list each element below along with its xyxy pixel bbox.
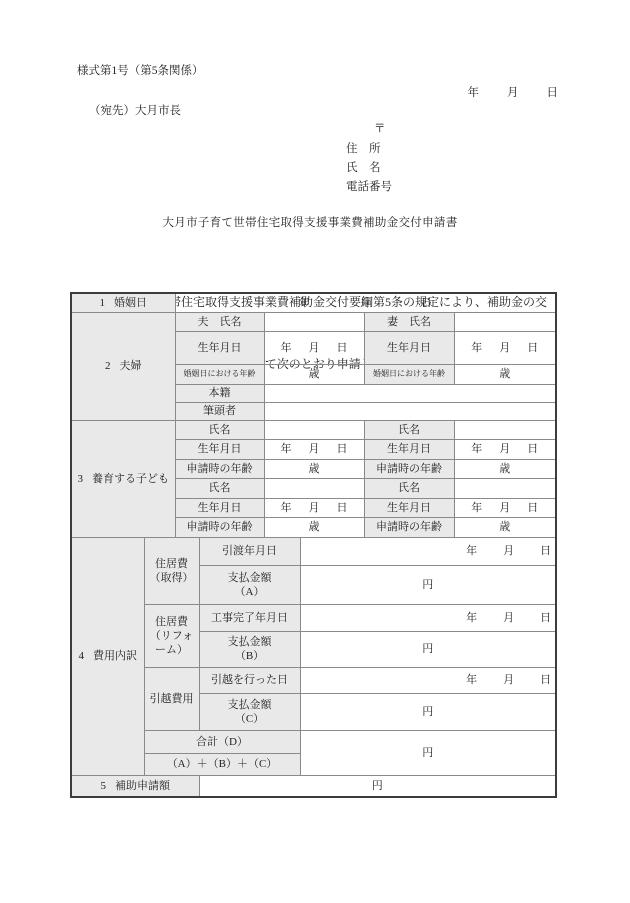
child4-name-label: 氏名 <box>364 478 454 498</box>
year-label: 年 <box>471 442 482 456</box>
year-label: 年 <box>471 341 482 355</box>
month-label: 月 <box>503 673 514 687</box>
total-value-cell: 円 <box>300 730 556 775</box>
year-label: 年 <box>281 341 292 355</box>
row-number: 2 <box>105 359 111 373</box>
husband-birthdate-value-cell: 年 月 日 <box>264 331 364 364</box>
child2-name-label: 氏名 <box>364 420 454 439</box>
row-subsidy-amount: 5補助申請額 円 <box>71 775 556 797</box>
child3-name-label: 氏名 <box>175 478 264 498</box>
cost-breakdown-row-label: 4費用内訳 <box>71 537 144 775</box>
address-label: 住 所 <box>346 140 381 156</box>
husband-age-at-marriage-label: 婚姻日における年齢 <box>175 364 264 384</box>
document-title: 大月市子育て世帯住宅取得支援事業費補助金交付申請書 <box>60 214 560 230</box>
child1-name-value-cell <box>264 420 364 439</box>
day-label: 日 <box>337 442 348 456</box>
row-handover-date: 4費用内訳 住居費 （取得） 引渡年月日 年 月 日 <box>71 537 556 565</box>
child4-age-label: 申請時の年齢 <box>364 517 454 537</box>
date-placeholder: 年 月 日 <box>301 544 556 558</box>
row-couple-names: 2夫婦 夫 氏名 妻 氏名 <box>71 312 556 331</box>
wife-birthdate-label: 生年月日 <box>364 331 454 364</box>
day-label: 日 <box>337 341 348 355</box>
date-placeholder: 年 月 日 <box>301 611 556 625</box>
marriage-date-row-label: 1婚姻日 <box>71 293 175 312</box>
child3-birthdate-label: 生年月日 <box>175 498 264 517</box>
husband-birthdate-label: 生年月日 <box>175 331 264 364</box>
month-label: 月 <box>309 442 320 456</box>
child1-age-value-cell: 歳 <box>264 459 364 478</box>
year-label: 年 <box>466 611 477 625</box>
month-label: 月 <box>499 442 510 456</box>
child1-name-label: 氏名 <box>175 420 264 439</box>
day-label: 日 <box>540 611 551 625</box>
husband-name-value-cell <box>264 312 364 331</box>
husband-name-label: 夫 氏名 <box>175 312 264 331</box>
row-marriage-date: 1婚姻日 年 月 日 <box>71 293 556 312</box>
month-label: 月 <box>507 84 519 100</box>
registered-domicile-label: 本籍 <box>175 384 264 402</box>
row-label-text: 費用内訳 <box>93 650 137 662</box>
child4-birthdate-label: 生年月日 <box>364 498 454 517</box>
subsidy-amount-value-cell: 円 <box>199 775 556 797</box>
wife-name-value-cell <box>454 312 556 331</box>
wife-age-value-cell: 歳 <box>454 364 556 384</box>
payment-c-value-cell: 円 <box>300 693 556 730</box>
name-label: 氏 名 <box>346 159 381 175</box>
child4-birthdate-value-cell: 年 月 日 <box>454 498 556 517</box>
total-label: 合計（D） <box>144 730 300 753</box>
husband-age-value-cell: 歳 <box>264 364 364 384</box>
child3-birthdate-value-cell: 年 月 日 <box>264 498 364 517</box>
row-moving-date: 引越費用 引越を行った日 年 月 日 <box>71 667 556 693</box>
month-label: 月 <box>503 544 514 558</box>
addressee-line: （宛先）大月市長 <box>89 102 181 118</box>
wife-name-label: 妻 氏名 <box>364 312 454 331</box>
moving-date-value-cell: 年 月 日 <box>300 667 556 693</box>
date-placeholder: 年 月 日 <box>265 341 364 355</box>
total-formula-label: （A）＋（B）＋（C） <box>144 753 300 775</box>
row-completion-date: 住居費 （リフォ ーム） 工事完了年月日 年 月 日 <box>71 604 556 631</box>
payment-c-label: 支払金額 （C） <box>199 693 300 730</box>
application-form-page: 様式第1号（第5条関係） 年 月 日 （宛先）大月市長 〒 住 所 氏 名 電話… <box>0 0 630 903</box>
day-label: 日 <box>540 673 551 687</box>
year-label: 年 <box>466 544 477 558</box>
row-number: 5 <box>101 779 107 793</box>
date-placeholder: 年 月 日 <box>301 673 556 687</box>
wife-birthdate-value-cell: 年 月 日 <box>454 331 556 364</box>
payment-a-value-cell: 円 <box>300 565 556 604</box>
child2-age-label: 申請時の年齢 <box>364 459 454 478</box>
child2-birthdate-value-cell: 年 月 日 <box>454 439 556 459</box>
row-child1-names: 3養育する子ども 氏名 氏名 <box>71 420 556 439</box>
registered-domicile-value-cell <box>264 384 556 402</box>
year-label: 年 <box>299 296 310 310</box>
day-label: 日 <box>540 544 551 558</box>
row-label-text: 婚姻日 <box>114 297 147 309</box>
row-label-text: 夫婦 <box>120 360 142 372</box>
child2-age-value-cell: 歳 <box>454 459 556 478</box>
couple-row-label: 2夫婦 <box>71 312 175 420</box>
handover-date-value-cell: 年 月 日 <box>300 537 556 565</box>
completion-date-value-cell: 年 月 日 <box>300 604 556 631</box>
year-label: 年 <box>471 501 482 515</box>
register-head-label: 筆頭者 <box>175 402 264 420</box>
date-placeholder: 年 月 日 <box>176 296 556 310</box>
moving-date-label: 引越を行った日 <box>199 667 300 693</box>
date-placeholder: 年 月 日 <box>265 442 364 456</box>
child2-birthdate-label: 生年月日 <box>364 439 454 459</box>
payment-b-value-cell: 円 <box>300 631 556 667</box>
marriage-date-value-cell: 年 月 日 <box>175 293 556 312</box>
housing-renovation-category-label: 住居費 （リフォ ーム） <box>144 604 199 667</box>
payment-b-label: 支払金額 （B） <box>199 631 300 667</box>
housing-acquisition-category-label: 住居費 （取得） <box>144 537 199 604</box>
month-label: 月 <box>360 296 371 310</box>
year-label: 年 <box>466 673 477 687</box>
child3-name-value-cell <box>264 478 364 498</box>
month-label: 月 <box>503 611 514 625</box>
date-placeholder: 年 月 日 <box>455 341 556 355</box>
month-label: 月 <box>309 341 320 355</box>
application-table: 1婚姻日 年 月 日 2夫婦 夫 氏名 妻 氏名 生年月日 <box>70 292 557 798</box>
child1-birthdate-label: 生年月日 <box>175 439 264 459</box>
child2-name-value-cell <box>454 420 556 439</box>
row-number: 1 <box>100 296 106 310</box>
child3-age-label: 申請時の年齢 <box>175 517 264 537</box>
day-label: 日 <box>421 296 432 310</box>
row-total: 合計（D） 円 <box>71 730 556 753</box>
form-number: 様式第1号（第5条関係） <box>77 62 204 78</box>
year-label: 年 <box>468 84 480 100</box>
child4-name-value-cell <box>454 478 556 498</box>
completion-date-label: 工事完了年月日 <box>199 604 300 631</box>
children-row-label: 3養育する子ども <box>71 420 175 537</box>
row-number: 3 <box>78 472 84 486</box>
month-label: 月 <box>499 501 510 515</box>
phone-label: 電話番号 <box>346 178 392 194</box>
day-label: 日 <box>527 442 538 456</box>
month-label: 月 <box>499 341 510 355</box>
date-placeholder: 年 月 日 <box>455 501 556 515</box>
day-label: 日 <box>547 84 559 100</box>
wife-age-at-marriage-label: 婚姻日における年齢 <box>364 364 454 384</box>
moving-cost-category-label: 引越費用 <box>144 667 199 730</box>
register-head-value-cell <box>264 402 556 420</box>
date-placeholder: 年 月 日 <box>455 442 556 456</box>
handover-date-label: 引渡年月日 <box>199 537 300 565</box>
row-label-text: 養育する子ども <box>92 473 169 485</box>
day-label: 日 <box>527 501 538 515</box>
date-line: 年 月 日 <box>468 84 559 100</box>
day-label: 日 <box>527 341 538 355</box>
month-label: 月 <box>309 501 320 515</box>
year-label: 年 <box>281 501 292 515</box>
payment-a-label: 支払金額 （A） <box>199 565 300 604</box>
day-label: 日 <box>337 501 348 515</box>
row-label-text: 補助申請額 <box>115 780 170 792</box>
child4-age-value-cell: 歳 <box>454 517 556 537</box>
child1-birthdate-value-cell: 年 月 日 <box>264 439 364 459</box>
child3-age-value-cell: 歳 <box>264 517 364 537</box>
row-number: 4 <box>79 649 85 663</box>
year-label: 年 <box>281 442 292 456</box>
child1-age-label: 申請時の年齢 <box>175 459 264 478</box>
postal-mark: 〒 <box>374 120 386 136</box>
date-placeholder: 年 月 日 <box>265 501 364 515</box>
subsidy-amount-row-label: 5補助申請額 <box>71 775 199 797</box>
